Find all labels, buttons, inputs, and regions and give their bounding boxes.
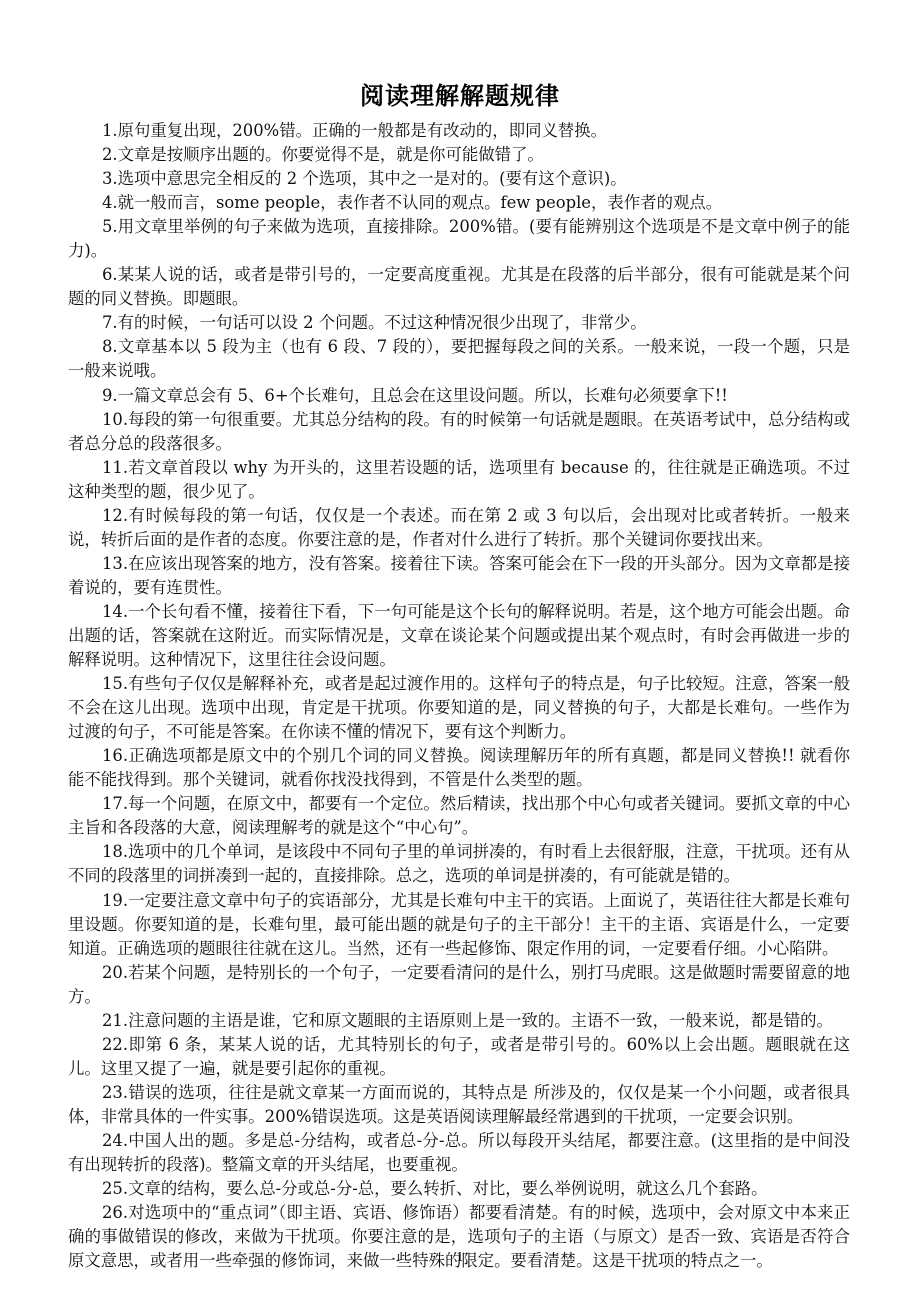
rule-paragraph-6: 6.某某人说的话，或者是带引号的，一定要高度重视。尤其是在段落的后半部分，很有可… <box>68 263 850 311</box>
rule-paragraph-8: 8.文章基本以 5 段为主（也有 6 段、7 段的），要把握每段之间的关系。一般… <box>68 335 850 383</box>
rule-paragraph-15: 15.有些句子仅仅是解释补充，或者是起过渡作用的。这样句子的特点是，句子比较短。… <box>68 672 850 744</box>
rule-paragraph-17: 17.每一个问题，在原文中，都要有一个定位。然后精读，找出那个中心句或者关键词。… <box>68 792 850 840</box>
rule-paragraph-21: 21.注意问题的主语是谁，它和原文题眼的主语原则上是一致的。主语不一致，一般来说… <box>68 1009 850 1033</box>
rule-paragraph-10: 10.每段的第一句很重要。尤其总分结构的段。有的时候第一句话就是题眼。在英语考试… <box>68 408 850 456</box>
rule-paragraph-12: 12.有时候每段的第一句话，仅仅是一个表述。而在第 2 或 3 句以后，会出现对… <box>68 504 850 552</box>
rule-paragraph-22: 22.即第 6 条，某某人说的话，尤其特别长的句子，或者是带引号的。60%以上会… <box>68 1033 850 1081</box>
rule-paragraph-14: 14.一个长句看不懂，接着往下看，下一句可能是这个长句的解释说明。若是，这个地方… <box>68 600 850 672</box>
document-title: 阅读理解解题规律 <box>0 80 920 112</box>
rule-paragraph-7: 7.有的时候，一句话可以设 2 个问题。不过这种情况很少出现了，非常少。 <box>68 311 850 335</box>
rule-paragraph-13: 13.在应该出现答案的地方，没有答案。接着往下读。答案可能会在下一段的开头部分。… <box>68 552 850 600</box>
rule-paragraph-25: 25.文章的结构，要么总-分或总-分-总，要么转折、对比，要么举例说明，就这么几… <box>68 1177 850 1201</box>
rule-paragraph-20: 20.若某个问题，是特别长的一个句子，一定要看清问的是什么，别打马虎眼。这是做题… <box>68 961 850 1009</box>
rule-paragraph-2: 2.文章是按顺序出题的。你要觉得不是，就是你可能做错了。 <box>68 143 850 167</box>
page-number: 1 <box>0 1250 920 1264</box>
rule-paragraph-18: 18.选项中的几个单词，是该段中不同句子里的单词拼凑的，有时看上去很舒服，注意，… <box>68 840 850 888</box>
rule-paragraph-4: 4.就一般而言，some people，表作者不认同的观点。few people… <box>68 191 850 215</box>
rule-paragraph-3: 3.选项中意思完全相反的 2 个选项，其中之一是对的。(要有这个意识)。 <box>68 167 850 191</box>
rule-paragraph-16: 16.正确选项都是原文中的个别几个词的同义替换。阅读理解历年的所有真题，都是同义… <box>68 744 850 792</box>
rule-paragraph-24: 24.中国人出的题。多是总-分结构，或者总-分-总。所以每段开头结尾，都要注意。… <box>68 1129 850 1177</box>
document-body: 1.原句重复出现，200%错。正确的一般都是有改动的，即同义替换。 2.文章是按… <box>68 119 850 1273</box>
rule-paragraph-23: 23.错误的选项，往往是就文章某一方面而说的，其特点是 所涉及的，仅仅是某一个小… <box>68 1081 850 1129</box>
rule-paragraph-1: 1.原句重复出现，200%错。正确的一般都是有改动的，即同义替换。 <box>68 119 850 143</box>
rule-paragraph-9: 9.一篇文章总会有 5、6+个长难句，且总会在这里设问题。所以，长难句必须要拿下… <box>68 384 850 408</box>
rule-paragraph-11: 11.若文章首段以 why 为开头的，这里若设题的话，选项里有 because … <box>68 456 850 504</box>
rule-paragraph-19: 19.一定要注意文章中句子的宾语部分，尤其是长难句中主干的宾语。上面说了，英语往… <box>68 889 850 961</box>
document-page: 阅读理解解题规律 1.原句重复出现，200%错。正确的一般都是有改动的，即同义替… <box>0 0 920 1302</box>
rule-paragraph-5: 5.用文章里举例的句子来做为选项，直接排除。200%错。(要有能辨别这个选项是不… <box>68 215 850 263</box>
